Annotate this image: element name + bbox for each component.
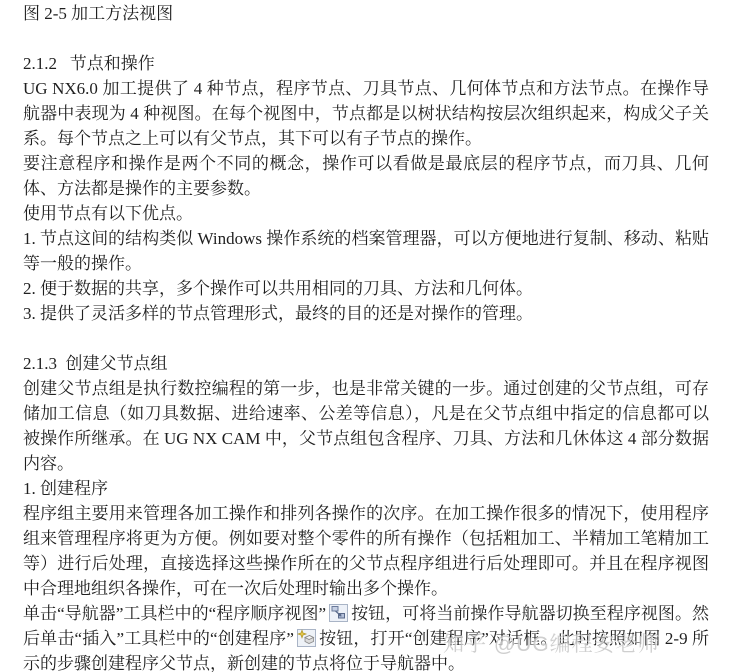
figure-caption: 图 2-5 加工方法视图 [23,1,709,26]
list-item-1: 1. 节点这间的结构类似 Windows 操作系统的档案管理器，可以方便地进行复… [23,226,709,276]
paragraph-nodes-note: 要注意程序和操作是两个不同的概念，操作可以看做是最底层的程序节点，而刀具、几何体… [23,151,709,201]
paragraph-create-program-steps: 单击“导航器”工具栏中的“程序顺序视图” 按钮，可将当前操作导航器切换至程序视图… [23,601,709,672]
section-heading-2-1-2: 2.1.2 节点和操作 [23,51,709,76]
paragraph-parent-group-intro: 创建父节点组是执行数控编程的第一步，也是非常关键的一步。通过创建的父节点组，可存… [23,376,709,476]
paragraph-nodes-benefits-lead: 使用节点有以下优点。 [23,201,709,226]
list-item-3: 3. 提供了灵活多样的节点管理形式，最终的目的还是对操作的管理。 [23,301,709,326]
program-order-view-icon [329,604,348,622]
sub-heading-create-program: 1. 创建程序 [23,476,709,501]
paragraph-program-group: 程序组主要用来管理各加工操作和排列各操作的次序。在加工操作很多的情况下，使用程序… [23,501,709,601]
document-page: 图 2-5 加工方法视图 2.1.2 节点和操作 UG NX6.0 加工提供了 … [23,0,709,672]
create-program-icon [297,629,316,647]
list-item-2: 2. 便于数据的共享，多个操作可以共用相同的刀具、方法和几何体。 [23,276,709,301]
paragraph-nodes-intro: UG NX6.0 加工提供了 4 种节点，程序节点、刀具节点、几何体节点和方法节… [23,76,709,151]
section-heading-2-1-3: 2.1.3 创建父节点组 [23,351,709,376]
final-paragraph-part1: 单击“导航器”工具栏中的“程序顺序视图” [23,604,326,623]
